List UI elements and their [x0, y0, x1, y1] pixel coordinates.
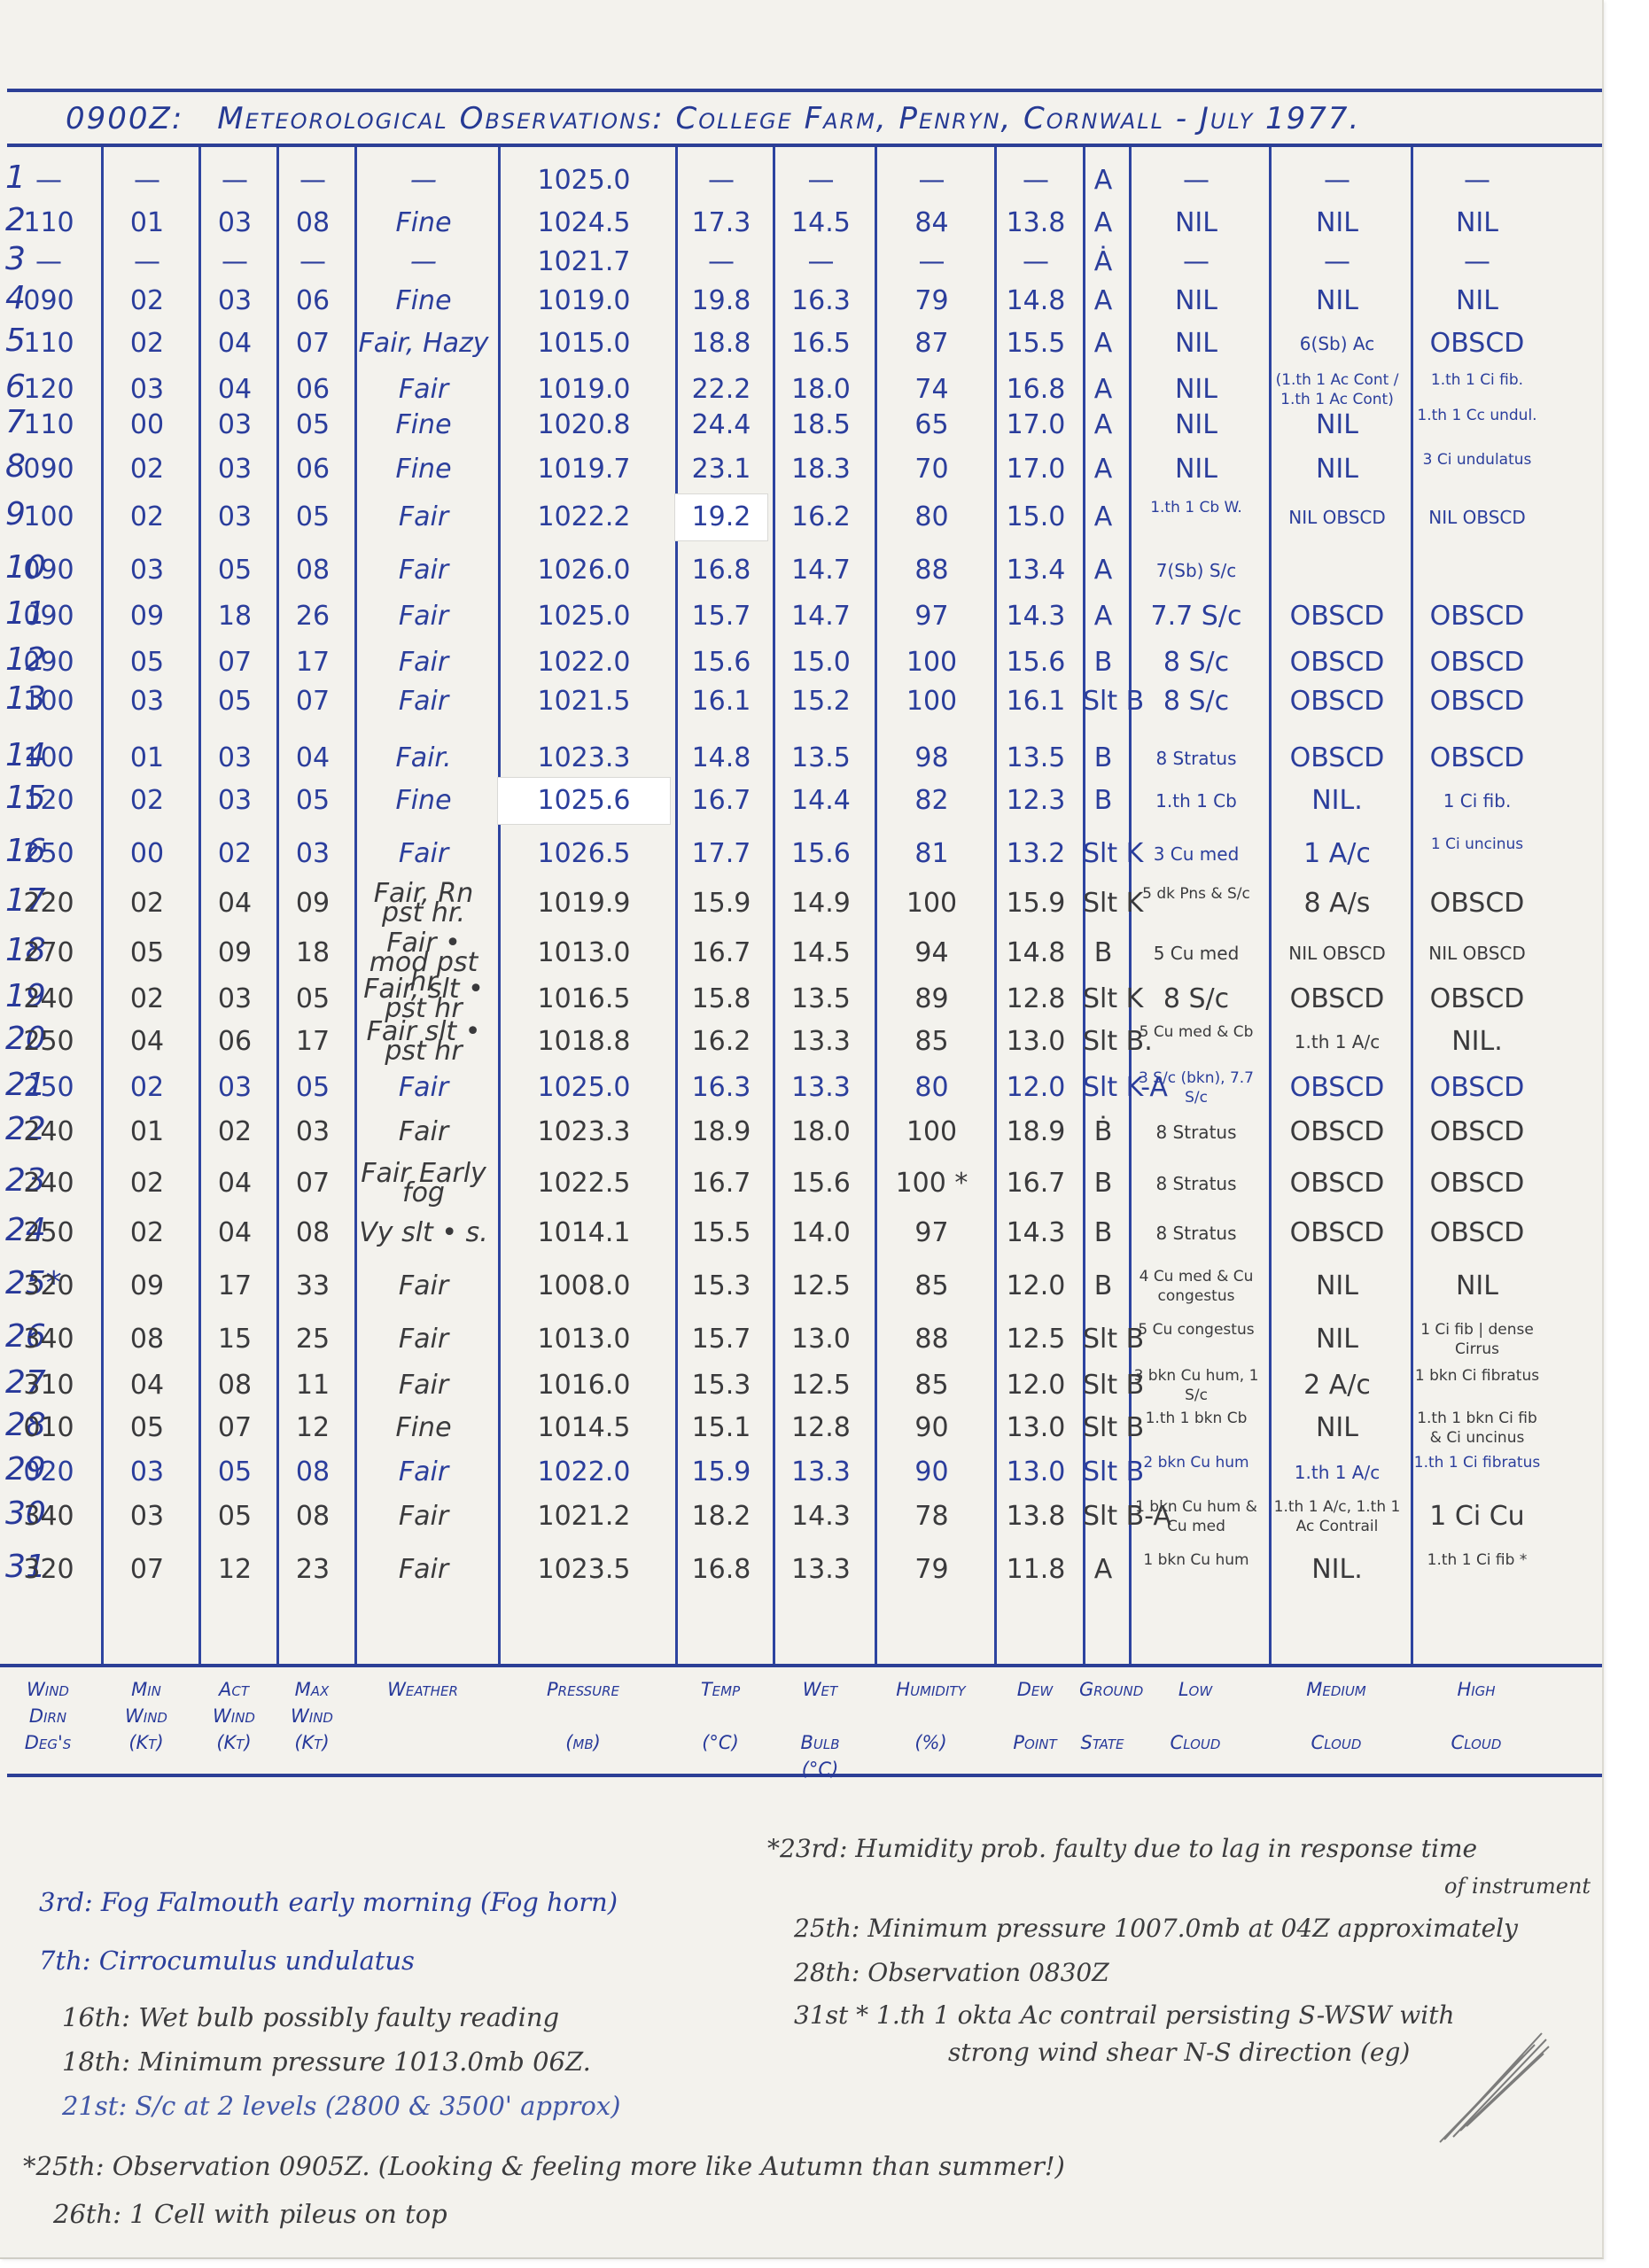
table-row: 120020305Fine1025.616.714.48212.3B1.th 1…	[55, 778, 1602, 824]
cell-wet-bulb: 13.3	[773, 1449, 869, 1495]
cell-wet-bulb: 16.2	[773, 494, 869, 540]
cell-wind-dir: 100	[2, 679, 96, 725]
cell-act-wind: 05	[198, 679, 271, 725]
cell-min-wind: 04	[101, 1363, 193, 1409]
cell-act-wind: 17	[198, 1263, 271, 1309]
cell-low-cloud: 8 Stratus	[1129, 735, 1264, 781]
cell-act-wind: 03	[198, 402, 271, 448]
cell-wet-bulb: 14.4	[773, 778, 869, 824]
cell-max-wind: 06	[276, 447, 349, 493]
cell-pressure: 1025.0	[498, 158, 670, 204]
cell-dew-point: 15.5	[994, 321, 1077, 367]
column-label-wet-bulb: Wet Bulb (°C)	[769, 1676, 871, 1783]
cell-temp: 15.3	[675, 1263, 767, 1309]
cell-humidity: 100	[875, 1109, 989, 1155]
cell-wet-bulb: —	[773, 158, 869, 204]
cell-weather: —	[354, 158, 493, 204]
cell-wind-dir: 100	[2, 494, 96, 540]
cell-dew-point: 13.0	[994, 1019, 1077, 1065]
cell-act-wind: 03	[198, 1065, 271, 1111]
cell-high-cloud	[1411, 548, 1544, 594]
table-row: 310040811Fair1016.015.312.58512.0Slt B3 …	[55, 1363, 1602, 1409]
table-row: 220020409Fair, Rn pst hr.1019.915.914.91…	[55, 881, 1602, 927]
cell-act-wind: 03	[198, 447, 271, 493]
cell-high-cloud: —	[1411, 158, 1544, 204]
cell-low-cloud: 5 Cu med	[1129, 930, 1264, 976]
cell-pressure: 1023.3	[498, 735, 670, 781]
cell-weather: Fair	[354, 1065, 493, 1111]
cell-wind-dir: 320	[2, 1263, 96, 1309]
column-label-wind-dir: Wind Dirn Deg's	[0, 1676, 97, 1756]
cell-low-cloud: NIL	[1129, 402, 1264, 448]
cell-weather: Fair	[354, 1109, 493, 1155]
cell-act-wind: 12	[198, 1547, 271, 1593]
cell-humidity: 94	[875, 930, 989, 976]
cell-weather: Fair, Rn pst hr.	[354, 881, 493, 930]
cell-medium-cloud: NIL	[1269, 402, 1405, 448]
table-row: 250040617Fair slt • pst hr1018.816.213.3…	[55, 1019, 1602, 1065]
title-band: 0900Z:Meteorological Observations: Colle…	[7, 89, 1602, 147]
cell-max-wind: 05	[276, 976, 349, 1022]
cell-act-wind: 05	[198, 1449, 271, 1495]
cell-low-cloud: 4 Cu med & Cu congestus	[1129, 1263, 1264, 1313]
cell-wind-dir: 090	[2, 548, 96, 594]
cell-ground-state: Slt K	[1083, 831, 1124, 877]
table-row: 340030508Fair1021.218.214.37813.8Slt B-A…	[55, 1494, 1602, 1540]
cell-medium-cloud: 2 A/c	[1269, 1363, 1405, 1409]
cell-medium-cloud: OBSCD	[1269, 1065, 1405, 1111]
cell-medium-cloud: OBSCD	[1269, 1210, 1405, 1256]
cell-max-wind: 08	[276, 548, 349, 594]
column-label-temp: Temp (°C)	[672, 1676, 769, 1756]
cell-ground-state: B	[1083, 1263, 1124, 1309]
cell-pressure: 1023.3	[498, 1109, 670, 1155]
column-labels: Wind Dirn Deg'sMin Wind (Kt)Act Wind (Kt…	[7, 1667, 1602, 1777]
cell-min-wind: 08	[101, 1317, 193, 1363]
cell-temp: 17.7	[675, 831, 767, 877]
cell-wind-dir: 240	[2, 976, 96, 1022]
cell-max-wind: 05	[276, 494, 349, 540]
cell-act-wind: 02	[198, 831, 271, 877]
cell-weather: Fair Early fog	[354, 1161, 493, 1210]
cell-min-wind: 07	[101, 1547, 193, 1593]
cell-ground-state: B	[1083, 778, 1124, 824]
cell-ground-state: A	[1083, 402, 1124, 448]
cell-weather: Fair • mod pst hr	[354, 930, 493, 980]
cell-humidity: 90	[875, 1405, 989, 1451]
cell-wind-dir: 100	[2, 735, 96, 781]
cell-ground-state: Slt B	[1083, 1405, 1124, 1451]
table-row: 110020407Fair, Hazy1015.018.816.58715.5A…	[55, 321, 1602, 367]
cell-pressure: 1019.7	[498, 447, 670, 493]
cell-ground-state: B	[1083, 735, 1124, 781]
cell-high-cloud: OBSCD	[1411, 976, 1544, 1022]
cell-pressure: 1016.0	[498, 1363, 670, 1409]
cell-high-cloud: OBSCD	[1411, 735, 1544, 781]
cell-max-wind: 18	[276, 930, 349, 976]
cell-ground-state: Slt B	[1083, 1317, 1124, 1363]
cell-act-wind: 04	[198, 1210, 271, 1256]
cell-dew-point: 13.0	[994, 1449, 1077, 1495]
column-label-pressure: Pressure (mb)	[494, 1676, 672, 1756]
note-right: *23rd: Humidity prob. faulty due to lag …	[767, 1834, 1477, 1863]
cell-wet-bulb: 15.6	[773, 831, 869, 877]
cell-humidity: 88	[875, 548, 989, 594]
cell-medium-cloud: OBSCD	[1269, 679, 1405, 725]
cell-medium-cloud: NIL.	[1269, 1547, 1405, 1593]
cell-min-wind: 09	[101, 1263, 193, 1309]
cell-min-wind: 05	[101, 930, 193, 976]
cell-act-wind: 09	[198, 930, 271, 976]
cell-wet-bulb: 14.3	[773, 1494, 869, 1540]
cell-medium-cloud: 8 A/s	[1269, 881, 1405, 927]
cell-wind-dir: 340	[2, 1317, 96, 1363]
cell-wind-dir: 090	[2, 278, 96, 324]
cell-humidity: 79	[875, 1547, 989, 1593]
cell-temp: 15.9	[675, 881, 767, 927]
cell-wind-dir: 220	[2, 881, 96, 927]
cell-medium-cloud: OBSCD	[1269, 594, 1405, 640]
cell-wet-bulb: 18.5	[773, 402, 869, 448]
cell-high-cloud: 1 Ci fib.	[1411, 778, 1544, 824]
cell-low-cloud: 1.th 1 bkn Cb	[1129, 1405, 1264, 1455]
table-row: 100030507Fair1021.516.115.210016.1Slt B8…	[55, 679, 1602, 725]
cell-dew-point: 15.0	[994, 494, 1077, 540]
cell-wet-bulb: 15.2	[773, 679, 869, 725]
cell-low-cloud: 5 dk Pns & S/c	[1129, 881, 1264, 930]
table-row: 250020305Fair1025.016.313.38012.0Slt K-A…	[55, 1065, 1602, 1111]
cell-max-wind: 23	[276, 1547, 349, 1593]
cell-low-cloud: 8 Stratus	[1129, 1210, 1264, 1256]
cell-temp: 15.1	[675, 1405, 767, 1451]
cell-max-wind: 12	[276, 1405, 349, 1451]
table-row: 320091733Fair1008.015.312.58512.0B4 Cu m…	[55, 1263, 1602, 1309]
cell-dew-point: 14.3	[994, 1210, 1077, 1256]
cell-ground-state: A	[1083, 447, 1124, 493]
cell-dew-point: 16.7	[994, 1161, 1077, 1207]
cell-max-wind: 05	[276, 1065, 349, 1111]
observation-sheet: 0900Z:Meteorological Observations: Colle…	[0, 0, 1604, 2259]
cell-medium-cloud: NIL	[1269, 1317, 1405, 1363]
cell-act-wind: 18	[198, 594, 271, 640]
cell-wet-bulb: 13.5	[773, 735, 869, 781]
cell-weather: Fine	[354, 278, 493, 324]
table-row: 090020306Fine1019.723.118.37017.0ANILNIL…	[55, 447, 1602, 493]
cell-temp: 14.8	[675, 735, 767, 781]
cell-pressure: 1025.6	[498, 778, 670, 824]
cell-ground-state: B	[1083, 1161, 1124, 1207]
cell-pressure: 1023.5	[498, 1547, 670, 1593]
cell-dew-point: —	[994, 158, 1077, 204]
cell-act-wind: 05	[198, 1494, 271, 1540]
cell-dew-point: 13.2	[994, 831, 1077, 877]
cell-min-wind: 03	[101, 1449, 193, 1495]
cell-medium-cloud: 6(Sb) Ac	[1269, 321, 1405, 367]
cell-wet-bulb: 14.5	[773, 930, 869, 976]
table-row: 270050918Fair • mod pst hr1013.016.714.5…	[55, 930, 1602, 976]
cell-humidity: 100	[875, 881, 989, 927]
cell-min-wind: 02	[101, 278, 193, 324]
cell-temp: 18.9	[675, 1109, 767, 1155]
cell-temp: 16.1	[675, 679, 767, 725]
cell-dew-point: 12.8	[994, 976, 1077, 1022]
column-label-humidity: Humidity (%)	[871, 1676, 991, 1756]
cell-temp: 15.5	[675, 1210, 767, 1256]
cell-pressure: 1021.5	[498, 679, 670, 725]
cell-wind-dir: 320	[2, 1547, 96, 1593]
cell-act-wind: 03	[198, 494, 271, 540]
cell-wind-dir: 250	[2, 831, 96, 877]
note-left: 26th: 1 Cell with pileus on top	[53, 2199, 447, 2229]
cell-temp: 15.9	[675, 1449, 767, 1495]
cell-temp: 15.7	[675, 1317, 767, 1363]
cell-act-wind: 07	[198, 1405, 271, 1451]
cell-min-wind: 02	[101, 976, 193, 1022]
cell-medium-cloud: NIL	[1269, 1405, 1405, 1451]
cell-high-cloud: NIL OBSCD	[1411, 494, 1544, 540]
cell-max-wind: 07	[276, 321, 349, 367]
cell-act-wind: 04	[198, 321, 271, 367]
cell-dew-point: 12.0	[994, 1363, 1077, 1409]
cell-wind-dir: 310	[2, 1363, 96, 1409]
cell-humidity: 100	[875, 679, 989, 725]
cell-medium-cloud: NIL.	[1269, 778, 1405, 824]
cell-low-cloud: 1 bkn Cu hum	[1129, 1547, 1264, 1596]
cell-max-wind: 05	[276, 402, 349, 448]
cell-high-cloud: 3 Ci undulatus	[1411, 447, 1544, 496]
table-row: 340081525Fair1013.015.713.08812.5Slt B5 …	[55, 1317, 1602, 1363]
cell-weather: Fair	[354, 1263, 493, 1309]
cell-wet-bulb: 18.3	[773, 447, 869, 493]
column-label-ground-state: Ground State	[1079, 1676, 1125, 1756]
cell-medium-cloud: NIL	[1269, 1263, 1405, 1309]
cell-humidity: 85	[875, 1019, 989, 1065]
cell-high-cloud: 1 Ci uncinus	[1411, 831, 1544, 881]
cell-min-wind: 00	[101, 831, 193, 877]
cell-high-cloud: 1.th 1 Cc undul.	[1411, 402, 1544, 452]
cell-wet-bulb: 14.7	[773, 594, 869, 640]
cell-temp: 19.8	[675, 278, 767, 324]
cell-low-cloud: 7.7 S/c	[1129, 594, 1264, 640]
cell-low-cloud: 8 S/c	[1129, 976, 1264, 1022]
cell-weather: Fair	[354, 679, 493, 725]
cell-humidity: 65	[875, 402, 989, 448]
cell-dew-point: 14.8	[994, 930, 1077, 976]
table-row: 090020306Fine1019.019.816.37914.8ANILNIL…	[55, 278, 1602, 324]
cell-dew-point: 13.0	[994, 1405, 1077, 1451]
cell-weather: Fine	[354, 778, 493, 824]
cell-temp: 16.8	[675, 548, 767, 594]
cell-medium-cloud: OBSCD	[1269, 1161, 1405, 1207]
note-left: 16th: Wet bulb possibly faulty reading	[62, 2002, 559, 2032]
table-row: 320071223Fair1023.516.813.37911.8A1 bkn …	[55, 1547, 1602, 1593]
cell-dew-point: 12.3	[994, 778, 1077, 824]
table-row: 240020305Fair, slt • pst hr1016.515.813.…	[55, 976, 1602, 1022]
cell-ground-state: A	[1083, 594, 1124, 640]
cell-dew-point: 15.9	[994, 881, 1077, 927]
cell-ground-state: B	[1083, 1210, 1124, 1256]
cell-humidity: 100 *	[875, 1161, 989, 1207]
column-label-weather: Weather	[351, 1676, 494, 1703]
cell-dew-point: 17.0	[994, 402, 1077, 448]
cell-act-wind: 08	[198, 1363, 271, 1409]
table-row: 250000203Fair1026.517.715.68113.2Slt K3 …	[55, 831, 1602, 877]
cell-weather: Fair	[354, 1317, 493, 1363]
cell-temp: 16.7	[675, 778, 767, 824]
cell-temp: 23.1	[675, 447, 767, 493]
cell-min-wind: 00	[101, 402, 193, 448]
cell-min-wind: 01	[101, 735, 193, 781]
note-left: 3rd: Fog Falmouth early morning (Fog hor…	[39, 1887, 618, 1917]
cell-min-wind: 02	[101, 778, 193, 824]
cell-wet-bulb: 14.7	[773, 548, 869, 594]
table-row: 240010203Fair1023.318.918.010018.9Ḃ8 Str…	[55, 1109, 1602, 1155]
cell-dew-point: 17.0	[994, 447, 1077, 493]
cell-max-wind: 07	[276, 1161, 349, 1207]
cell-high-cloud: NIL OBSCD	[1411, 930, 1544, 976]
cell-pressure: 1025.0	[498, 594, 670, 640]
cell-humidity: 98	[875, 735, 989, 781]
cell-medium-cloud: —	[1269, 158, 1405, 204]
cell-high-cloud: 1.th 1 Ci fib *	[1411, 1547, 1544, 1596]
cell-dew-point: 16.1	[994, 679, 1077, 725]
cell-low-cloud: NIL	[1129, 278, 1264, 324]
table-row: 020030508Fair1022.015.913.39013.0Slt B2 …	[55, 1449, 1602, 1495]
cell-high-cloud: OBSCD	[1411, 881, 1544, 927]
cell-dew-point: 18.9	[994, 1109, 1077, 1155]
cell-act-wind: 04	[198, 881, 271, 927]
cell-dew-point: 13.5	[994, 735, 1077, 781]
cell-wind-dir: 270	[2, 930, 96, 976]
cell-wet-bulb: 13.5	[773, 976, 869, 1022]
note-left: 7th: Cirrocumulus undulatus	[39, 1946, 415, 1976]
cell-min-wind: 03	[101, 548, 193, 594]
cell-act-wind: 03	[198, 278, 271, 324]
cell-max-wind: —	[276, 158, 349, 204]
cell-ground-state: A	[1083, 321, 1124, 367]
cell-pressure: 1013.0	[498, 1317, 670, 1363]
cell-humidity: 89	[875, 976, 989, 1022]
cell-high-cloud: OBSCD	[1411, 1109, 1544, 1155]
column-label-act-wind: Act Wind (Kt)	[195, 1676, 273, 1756]
cell-wet-bulb: 15.6	[773, 1161, 869, 1207]
cell-low-cloud: NIL	[1129, 447, 1264, 493]
cell-ground-state: Slt K	[1083, 881, 1124, 927]
cell-high-cloud: NIL.	[1411, 1019, 1544, 1065]
cell-ground-state: A	[1083, 1547, 1124, 1593]
table-row: 240020407Fair Early fog1022.516.715.6100…	[55, 1161, 1602, 1207]
cell-temp: 18.8	[675, 321, 767, 367]
cell-wind-dir: —	[2, 158, 96, 204]
cell-dew-point: 13.8	[994, 1494, 1077, 1540]
cell-max-wind: 08	[276, 1449, 349, 1495]
cell-min-wind: 01	[101, 1109, 193, 1155]
cell-wind-dir: 340	[2, 1494, 96, 1540]
cell-high-cloud: 1 Ci fib | dense Cirrus	[1411, 1317, 1544, 1366]
cell-low-cloud: 3 Cu med	[1129, 831, 1264, 877]
cell-weather: Fair	[354, 594, 493, 640]
cell-temp: 16.7	[675, 1161, 767, 1207]
note-right: strong wind shear N-S direction (eg)	[948, 2038, 1410, 2067]
page-title: 0900Z:Meteorological Observations: Colle…	[66, 101, 1360, 136]
cell-max-wind: 17	[276, 1019, 349, 1065]
column-label-dew-point: Dew Point	[991, 1676, 1079, 1756]
cell-weather: Fair	[354, 494, 493, 540]
cell-min-wind: 02	[101, 321, 193, 367]
cell-dew-point: 11.8	[994, 1547, 1077, 1593]
cell-medium-cloud: OBSCD	[1269, 976, 1405, 1022]
cell-weather: Fair	[354, 831, 493, 877]
cell-ground-state: Slt K	[1083, 976, 1124, 1022]
note-left: *25th: Observation 0905Z. (Looking & fee…	[23, 2151, 1065, 2181]
cell-act-wind: 15	[198, 1317, 271, 1363]
cell-wet-bulb: 13.3	[773, 1065, 869, 1111]
cell-ground-state: Ḃ	[1083, 1109, 1124, 1155]
cell-medium-cloud: 1.th 1 A/c	[1269, 1019, 1405, 1065]
cell-low-cloud: 5 Cu congestus	[1129, 1317, 1264, 1366]
cell-wet-bulb: 14.0	[773, 1210, 869, 1256]
cell-wind-dir: 090	[2, 447, 96, 493]
cell-humidity: 90	[875, 1449, 989, 1495]
cell-humidity: 80	[875, 1065, 989, 1111]
column-label-medium-cloud: Medium Cloud	[1265, 1676, 1407, 1756]
cell-pressure: 1019.9	[498, 881, 670, 927]
cell-weather: Fair	[354, 1363, 493, 1409]
cell-low-cloud: 5 Cu med & Cb	[1129, 1019, 1264, 1068]
cell-max-wind: 26	[276, 594, 349, 640]
cell-humidity: 85	[875, 1263, 989, 1309]
cell-temp: 15.7	[675, 594, 767, 640]
cell-wet-bulb: 12.5	[773, 1263, 869, 1309]
cell-pressure: 1018.8	[498, 1019, 670, 1065]
observations-table: 1—————1025.0————A———2110010308Fine1024.5…	[55, 147, 1602, 1664]
table-row: 100020305Fair1022.219.216.28015.0A1.th 1…	[55, 494, 1602, 540]
cell-act-wind: 02	[198, 1109, 271, 1155]
cell-ground-state: Slt K-A	[1083, 1065, 1124, 1111]
cell-temp: 24.4	[675, 402, 767, 448]
cell-dew-point: 12.0	[994, 1065, 1077, 1111]
cell-wind-dir: 090	[2, 594, 96, 640]
cell-high-cloud: 1.th 1 Ci fibratus	[1411, 1449, 1544, 1499]
cell-dew-point: 12.0	[994, 1263, 1077, 1309]
table-row: 110000305Fine1020.824.418.56517.0ANILNIL…	[55, 402, 1602, 448]
cell-ground-state: Slt B.	[1083, 1019, 1124, 1065]
cell-weather: Fine	[354, 402, 493, 448]
cell-act-wind: 03	[198, 976, 271, 1022]
cell-wet-bulb: 16.5	[773, 321, 869, 367]
cell-medium-cloud: 1 A/c	[1269, 831, 1405, 877]
cell-temp: 18.2	[675, 1494, 767, 1540]
cell-high-cloud: NIL	[1411, 278, 1544, 324]
cell-wind-dir: 250	[2, 1019, 96, 1065]
cell-low-cloud: 1.th 1 Cb	[1129, 778, 1264, 824]
table-row: 100010304Fair.1023.314.813.59813.5B8 Str…	[55, 735, 1602, 781]
cell-act-wind: 03	[198, 735, 271, 781]
cell-max-wind: 03	[276, 1109, 349, 1155]
cell-min-wind: 03	[101, 679, 193, 725]
cell-temp: 19.2	[675, 494, 767, 540]
cell-low-cloud: 2 bkn Cu hum	[1129, 1449, 1264, 1499]
cell-max-wind: 25	[276, 1317, 349, 1363]
note-right: 25th: Minimum pressure 1007.0mb at 04Z a…	[794, 1914, 1518, 1943]
cell-wind-dir: 240	[2, 1161, 96, 1207]
column-label-low-cloud: Low Cloud	[1125, 1676, 1265, 1756]
cell-medium-cloud: OBSCD	[1269, 1109, 1405, 1155]
cell-act-wind: —	[198, 158, 271, 204]
cell-ground-state: A	[1083, 494, 1124, 540]
cell-ground-state: Slt B	[1083, 1449, 1124, 1495]
cell-wind-dir: 020	[2, 1449, 96, 1495]
